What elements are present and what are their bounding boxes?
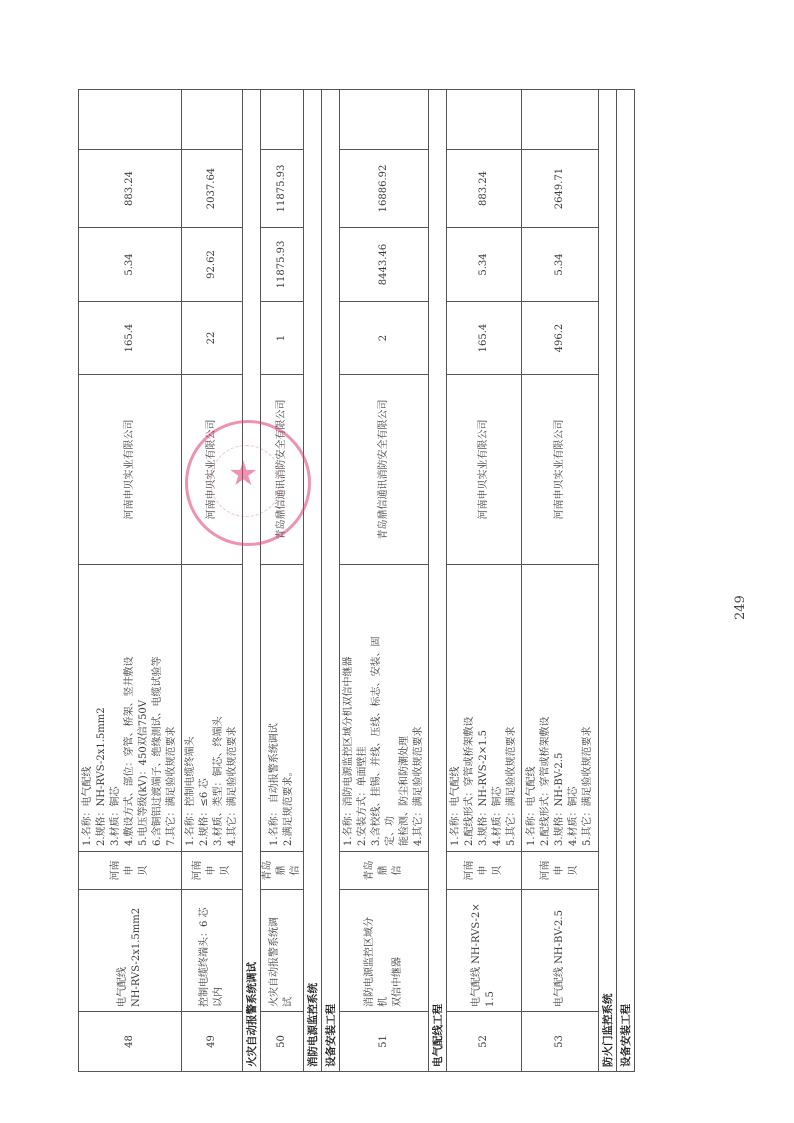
item-quantity: 2 <box>340 302 429 375</box>
item-number: 49 <box>182 1012 243 1072</box>
description-line: 3.材质：铜芯 <box>109 570 123 846</box>
section-row: 火灾自动报警系统调试 <box>243 90 261 1072</box>
item-unit-price: 5.34 <box>522 228 599 302</box>
item-total-price: 2037.64 <box>182 150 243 228</box>
item-name: 控制电缆终端头：6 芯以内 <box>182 890 243 1012</box>
item-brand: 河南申贝 <box>522 852 599 890</box>
description-line: 2.配线形式：穿管或桥架敷设 <box>463 570 477 846</box>
description-line: 2.安装方式：单面壁挂 <box>356 570 370 846</box>
description-line: 3.规格：NH-BV-2.5 <box>553 570 567 846</box>
item-note <box>340 90 429 150</box>
item-manufacturer: 青岛鼎信通讯消防安全有限公司 <box>261 375 304 565</box>
section-heading: 防火门监控系统 <box>599 90 617 1072</box>
item-brand: 河南申贝 <box>447 852 522 890</box>
section-row: 设备安装工程 <box>322 90 340 1072</box>
bill-of-quantities-sheet: 48电气配线NH-RVS-2x1.5mm2河南申贝1.名称：电气配线2.规格：N… <box>78 90 626 1072</box>
item-number: 51 <box>340 1012 429 1072</box>
section-row: 消防电源监控系统 <box>304 90 322 1072</box>
section-heading: 电气配线工程 <box>429 90 447 1072</box>
item-name: 电气配线 NH-RVS-2×1.5 <box>447 890 522 1012</box>
section-heading: 消防电源监控系统 <box>304 90 322 1072</box>
table-row: 48电气配线NH-RVS-2x1.5mm2河南申贝1.名称：电气配线2.规格：N… <box>79 90 182 1072</box>
description-line: 3.含校线、挂锡、并线、压线、标志、安装、固 <box>370 570 384 846</box>
item-note <box>182 90 243 150</box>
description-line: 定、功 <box>384 570 398 846</box>
item-note <box>261 90 304 150</box>
description-line: 1.名称：控制电缆终端头 <box>184 570 198 846</box>
item-quantity: 496.2 <box>522 302 599 375</box>
description-line: 3.规格：NH-RVS-2×1.5 <box>477 570 491 846</box>
quantities-table: 48电气配线NH-RVS-2x1.5mm2河南申贝1.名称：电气配线2.规格：N… <box>78 89 635 1072</box>
table-row: 51消防电源监控区域分机 双信中继器青岛鼎信1.名称：消防电源监控区域分机双信中… <box>340 90 429 1072</box>
description-line: 2.规格：≤6 芯 <box>198 570 212 846</box>
item-manufacturer: 河南申贝实业有限公司 <box>79 375 182 565</box>
item-number: 52 <box>447 1012 522 1072</box>
table-row: 49控制电缆终端头：6 芯以内河南申贝1.名称：控制电缆终端头2.规格：≤6 芯… <box>182 90 243 1072</box>
item-total-price: 2649.71 <box>522 150 599 228</box>
description-line: 4.敷设方式、部位：穿管、桥架、竖井敷设 <box>123 570 137 846</box>
item-total-price: 883.24 <box>79 150 182 228</box>
section-heading: 火灾自动报警系统调试 <box>243 90 261 1072</box>
description-line: 1.名称：电气配线 <box>449 570 463 846</box>
section-row: 防火门监控系统 <box>599 90 617 1072</box>
item-number: 50 <box>261 1012 304 1072</box>
description-line: 5.其它：满足验收规范要求 <box>581 570 595 846</box>
item-total-price: 883.24 <box>447 150 522 228</box>
table-row: 50火灾自动报警系统调试青岛鼎信1.名称： 自动报警系统调试2.满足规范要求。青… <box>261 90 304 1072</box>
item-total-price: 16886.92 <box>340 150 429 228</box>
item-name: 电气配线NH-RVS-2x1.5mm2 <box>79 890 182 1012</box>
description-line: 6.含铜铝过渡端子、绝缘测试、电缆试验等 <box>151 570 165 846</box>
item-description: 1.名称： 自动报警系统调试2.满足规范要求。 <box>261 565 304 852</box>
item-unit-price: 11875.93 <box>261 228 304 302</box>
description-line: 7.其它：满足验收规范要求 <box>165 570 179 846</box>
description-line: 4.其它：满足验收规范要求 <box>226 570 240 846</box>
item-note <box>447 90 522 150</box>
item-unit-price: 8443.46 <box>340 228 429 302</box>
item-brand: 青岛鼎信 <box>340 852 429 890</box>
item-quantity: 165.4 <box>447 302 522 375</box>
table-row: 52电气配线 NH-RVS-2×1.5河南申贝1.名称：电气配线2.配线形式：穿… <box>447 90 522 1072</box>
item-note <box>79 90 182 150</box>
item-brand: 河南申贝 <box>79 852 182 890</box>
item-name: 电气配线 NH-BV-2.5 <box>522 890 599 1012</box>
item-description: 1.名称：电气配线2.规格：NH-RVS-2x1.5mm23.材质：铜芯4.敷设… <box>79 565 182 852</box>
item-quantity: 1 <box>261 302 304 375</box>
description-line: 5.其它：满足验收规范要求 <box>505 570 519 846</box>
description-line: 5.电压等级(kV)：450双信750V <box>137 570 151 846</box>
item-total-price: 11875.93 <box>261 150 304 228</box>
description-line: 1.名称：电气配线 <box>525 570 539 846</box>
description-line: 3.材质、类型：铜芯、终端头 <box>212 570 226 846</box>
item-brand: 青岛鼎信 <box>261 852 304 890</box>
item-manufacturer: 河南申贝实业有限公司 <box>522 375 599 565</box>
item-description: 1.名称：电气配线2.配线形式：穿管或桥架敷设3.规格：NH-BV-2.54.材… <box>522 565 599 852</box>
description-line: 4.材质：铜芯 <box>567 570 581 846</box>
item-quantity: 22 <box>182 302 243 375</box>
item-quantity: 165.4 <box>79 302 182 375</box>
description-line: 能检测、防尘和防潮处理 <box>398 570 412 846</box>
item-number: 53 <box>522 1012 599 1072</box>
description-line: 1.名称：电气配线 <box>81 570 95 846</box>
section-row: 电气配线工程 <box>429 90 447 1072</box>
description-line: 2.规格：NH-RVS-2x1.5mm2 <box>95 570 109 846</box>
item-unit-price: 5.34 <box>447 228 522 302</box>
item-note <box>522 90 599 150</box>
page-number: 249 <box>733 595 748 620</box>
item-name: 消防电源监控区域分机 双信中继器 <box>340 890 429 1012</box>
table-row: 53电气配线 NH-BV-2.5河南申贝1.名称：电气配线2.配线形式：穿管或桥… <box>522 90 599 1072</box>
item-brand: 河南申贝 <box>182 852 243 890</box>
section-heading: 设备安装工程 <box>322 90 340 1072</box>
item-unit-price: 5.34 <box>79 228 182 302</box>
description-line: 2.配线形式：穿管或桥架敷设 <box>539 570 553 846</box>
item-manufacturer: 河南申贝实业有限公司 <box>182 375 243 565</box>
description-line: 1.名称：消防电源监控区域分机双信中继器 <box>342 570 356 846</box>
item-unit-price: 92.62 <box>182 228 243 302</box>
item-name: 火灾自动报警系统调试 <box>261 890 304 1012</box>
item-manufacturer: 河南申贝实业有限公司 <box>447 375 522 565</box>
description-line: 1.名称： 自动报警系统调试 <box>268 570 282 846</box>
item-description: 1.名称：消防电源监控区域分机双信中继器2.安装方式：单面壁挂3.含校线、挂锡、… <box>340 565 429 852</box>
item-description: 1.名称：电气配线2.配线形式：穿管或桥架敷设3.规格：NH-RVS-2×1.5… <box>447 565 522 852</box>
item-description: 1.名称：控制电缆终端头2.规格：≤6 芯3.材质、类型：铜芯、终端头4.其它：… <box>182 565 243 852</box>
item-number: 48 <box>79 1012 182 1072</box>
description-line: 2.满足规范要求。 <box>282 570 296 846</box>
section-row: 设备安装工程 <box>617 90 635 1072</box>
section-heading: 设备安装工程 <box>617 90 635 1072</box>
description-line: 4.其它：满足验收规范要求 <box>412 570 426 846</box>
description-line: 4.材质：铜芯 <box>491 570 505 846</box>
item-manufacturer: 青岛鼎信通讯消防安全有限公司 <box>340 375 429 565</box>
